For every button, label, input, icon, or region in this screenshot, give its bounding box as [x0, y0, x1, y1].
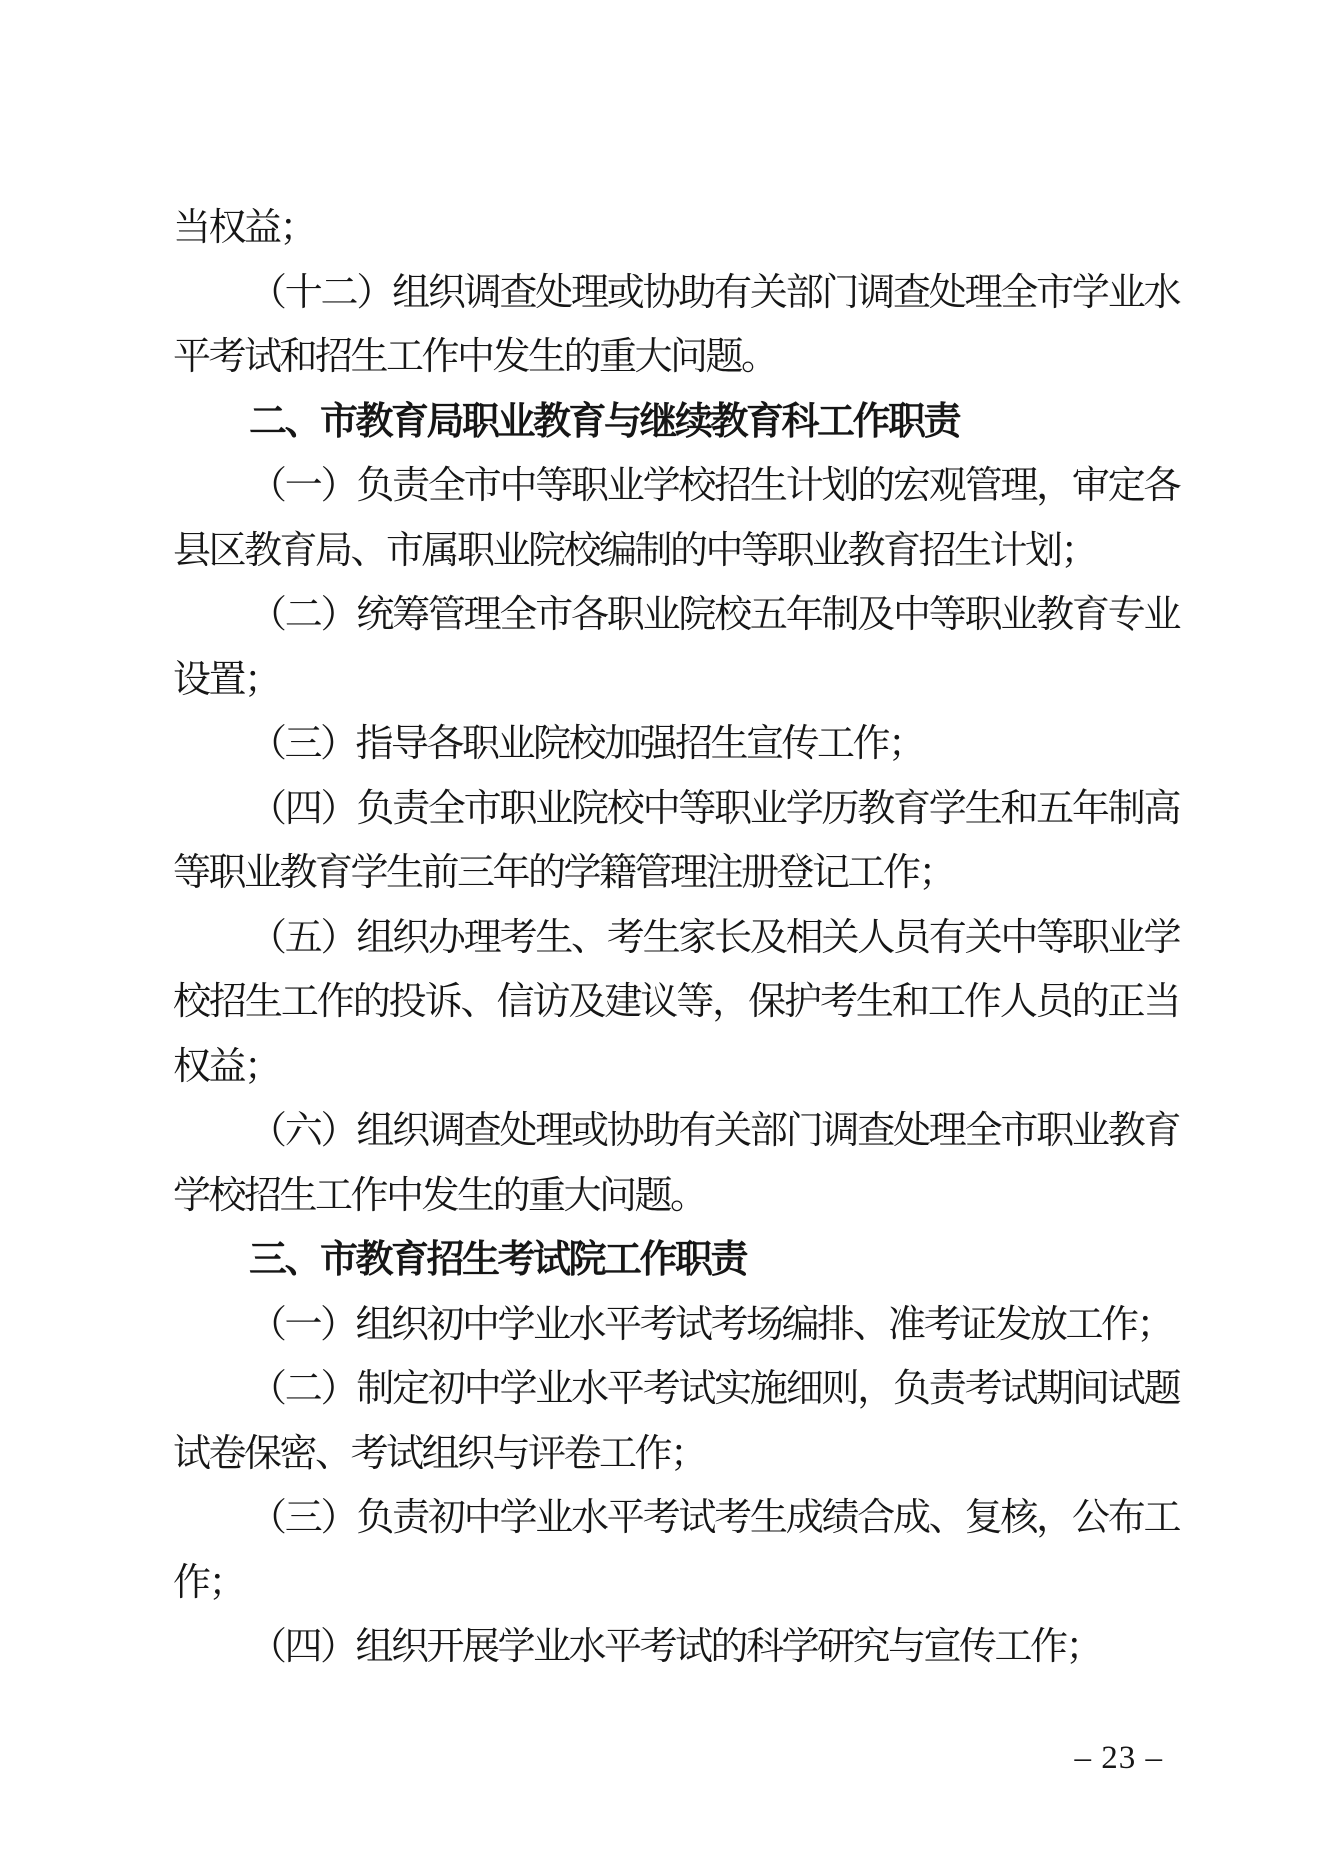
section-heading-3: 三、市教育招生考试院工作职责 — [173, 1228, 1179, 1293]
paragraph-sec2-item-6: （六）组织调查处理或协助有关部门调查处理全市职业教育学校招生工作中发生的重大问题… — [173, 1099, 1179, 1228]
paragraph-item-12: （十二）组织调查处理或协助有关部门调查处理全市学业水平考试和招生工作中发生的重大… — [173, 261, 1179, 390]
paragraph-sec3-item-4: （四）组织开展学业水平考试的科学研究与宣传工作； — [173, 1615, 1179, 1680]
paragraph-sec2-item-5: （五）组织办理考生、考生家长及相关人员有关中等职业学校招生工作的投诉、信访及建议… — [173, 906, 1179, 1100]
section-heading-2: 二、市教育局职业教育与继续教育科工作职责 — [173, 390, 1179, 455]
paragraph-sec3-item-2: （二）制定初中学业水平考试实施细则，负责考试期间试题试卷保密、考试组织与评卷工作… — [173, 1357, 1179, 1486]
document-page: 当权益； （十二）组织调查处理或协助有关部门调查处理全市学业水平考试和招生工作中… — [0, 0, 1323, 1871]
paragraph-sec2-item-4: （四）负责全市职业院校中等职业学历教育学生和五年制高等职业教育学生前三年的学籍管… — [173, 777, 1179, 906]
paragraph-sec2-item-1: （一）负责全市中等职业学校招生计划的宏观管理，审定各县区教育局、市属职业院校编制… — [173, 454, 1179, 583]
document-body: 当权益； （十二）组织调查处理或协助有关部门调查处理全市学业水平考试和招生工作中… — [173, 196, 1179, 1680]
paragraph-sec3-item-3: （三）负责初中学业水平考试考生成绩合成、复核，公布工作； — [173, 1486, 1179, 1615]
paragraph-sec3-item-1: （一）组织初中学业水平考试考场编排、准考证发放工作； — [173, 1293, 1179, 1358]
paragraph-sec2-item-2: （二）统筹管理全市各职业院校五年制及中等职业教育专业设置； — [173, 583, 1179, 712]
paragraph-continuation: 当权益； — [173, 196, 1179, 261]
paragraph-sec2-item-3: （三）指导各职业院校加强招生宣传工作； — [173, 712, 1179, 777]
page-number: – 23 – — [1075, 1740, 1164, 1777]
